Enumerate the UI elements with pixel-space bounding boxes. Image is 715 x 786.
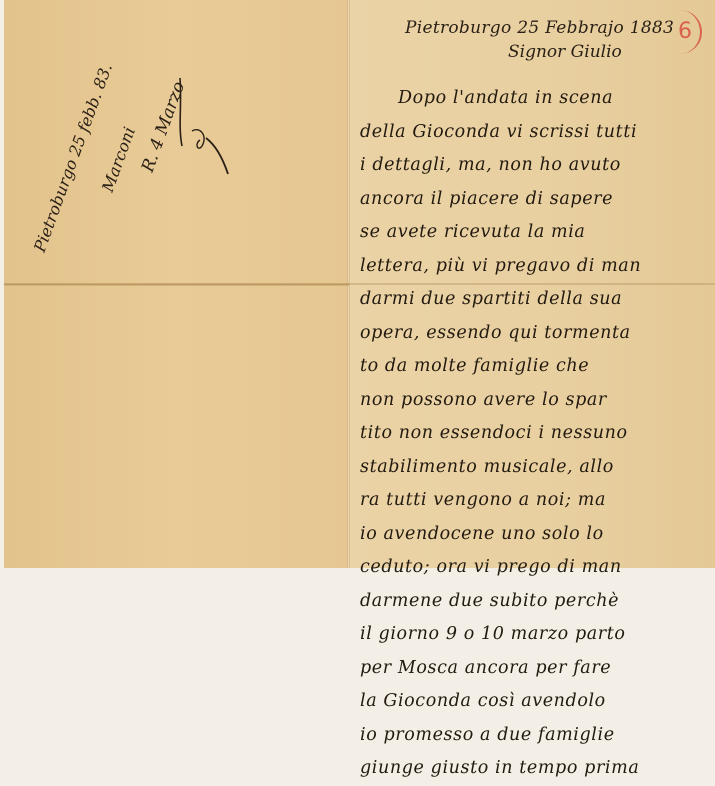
- body-line: darmi due spartiti della sua: [360, 283, 710, 317]
- body-line: ancora il piacere di sapere: [360, 183, 710, 217]
- body-line: lettera, più vi pregavo di man: [360, 250, 710, 284]
- body-line: stabilimento musicale, allo: [360, 451, 710, 485]
- body-line: tito non essendoci i nessuno: [360, 417, 710, 451]
- flourish-initial-icon: [172, 76, 232, 176]
- body-line: ceduto; ora vi prego di man: [360, 551, 710, 568]
- body-line: to da molte famiglie che: [360, 350, 710, 384]
- body-line: della Gioconda vi scrissi tutti: [360, 116, 710, 150]
- salutation: Signor Giulio: [508, 42, 622, 62]
- body-line: non possono avere lo spar: [360, 384, 710, 418]
- body-line: ra tutti vengono a noi; ma: [360, 484, 710, 518]
- body-line: io avendocene uno solo lo: [360, 518, 710, 552]
- letter-body: Dopo l'andata in scena della Gioconda vi…: [360, 82, 710, 568]
- place-date: Pietroburgo 25 Febbrajo 1883: [405, 18, 674, 38]
- body-line: opera, essendo qui tormenta: [360, 317, 710, 351]
- body-line: se avete ricevuta la mia: [360, 216, 710, 250]
- body-line: i dettagli, ma, non ho avuto: [360, 149, 710, 183]
- body-line: Dopo l'andata in scena: [360, 82, 710, 116]
- horizontal-fold-left: [4, 283, 349, 286]
